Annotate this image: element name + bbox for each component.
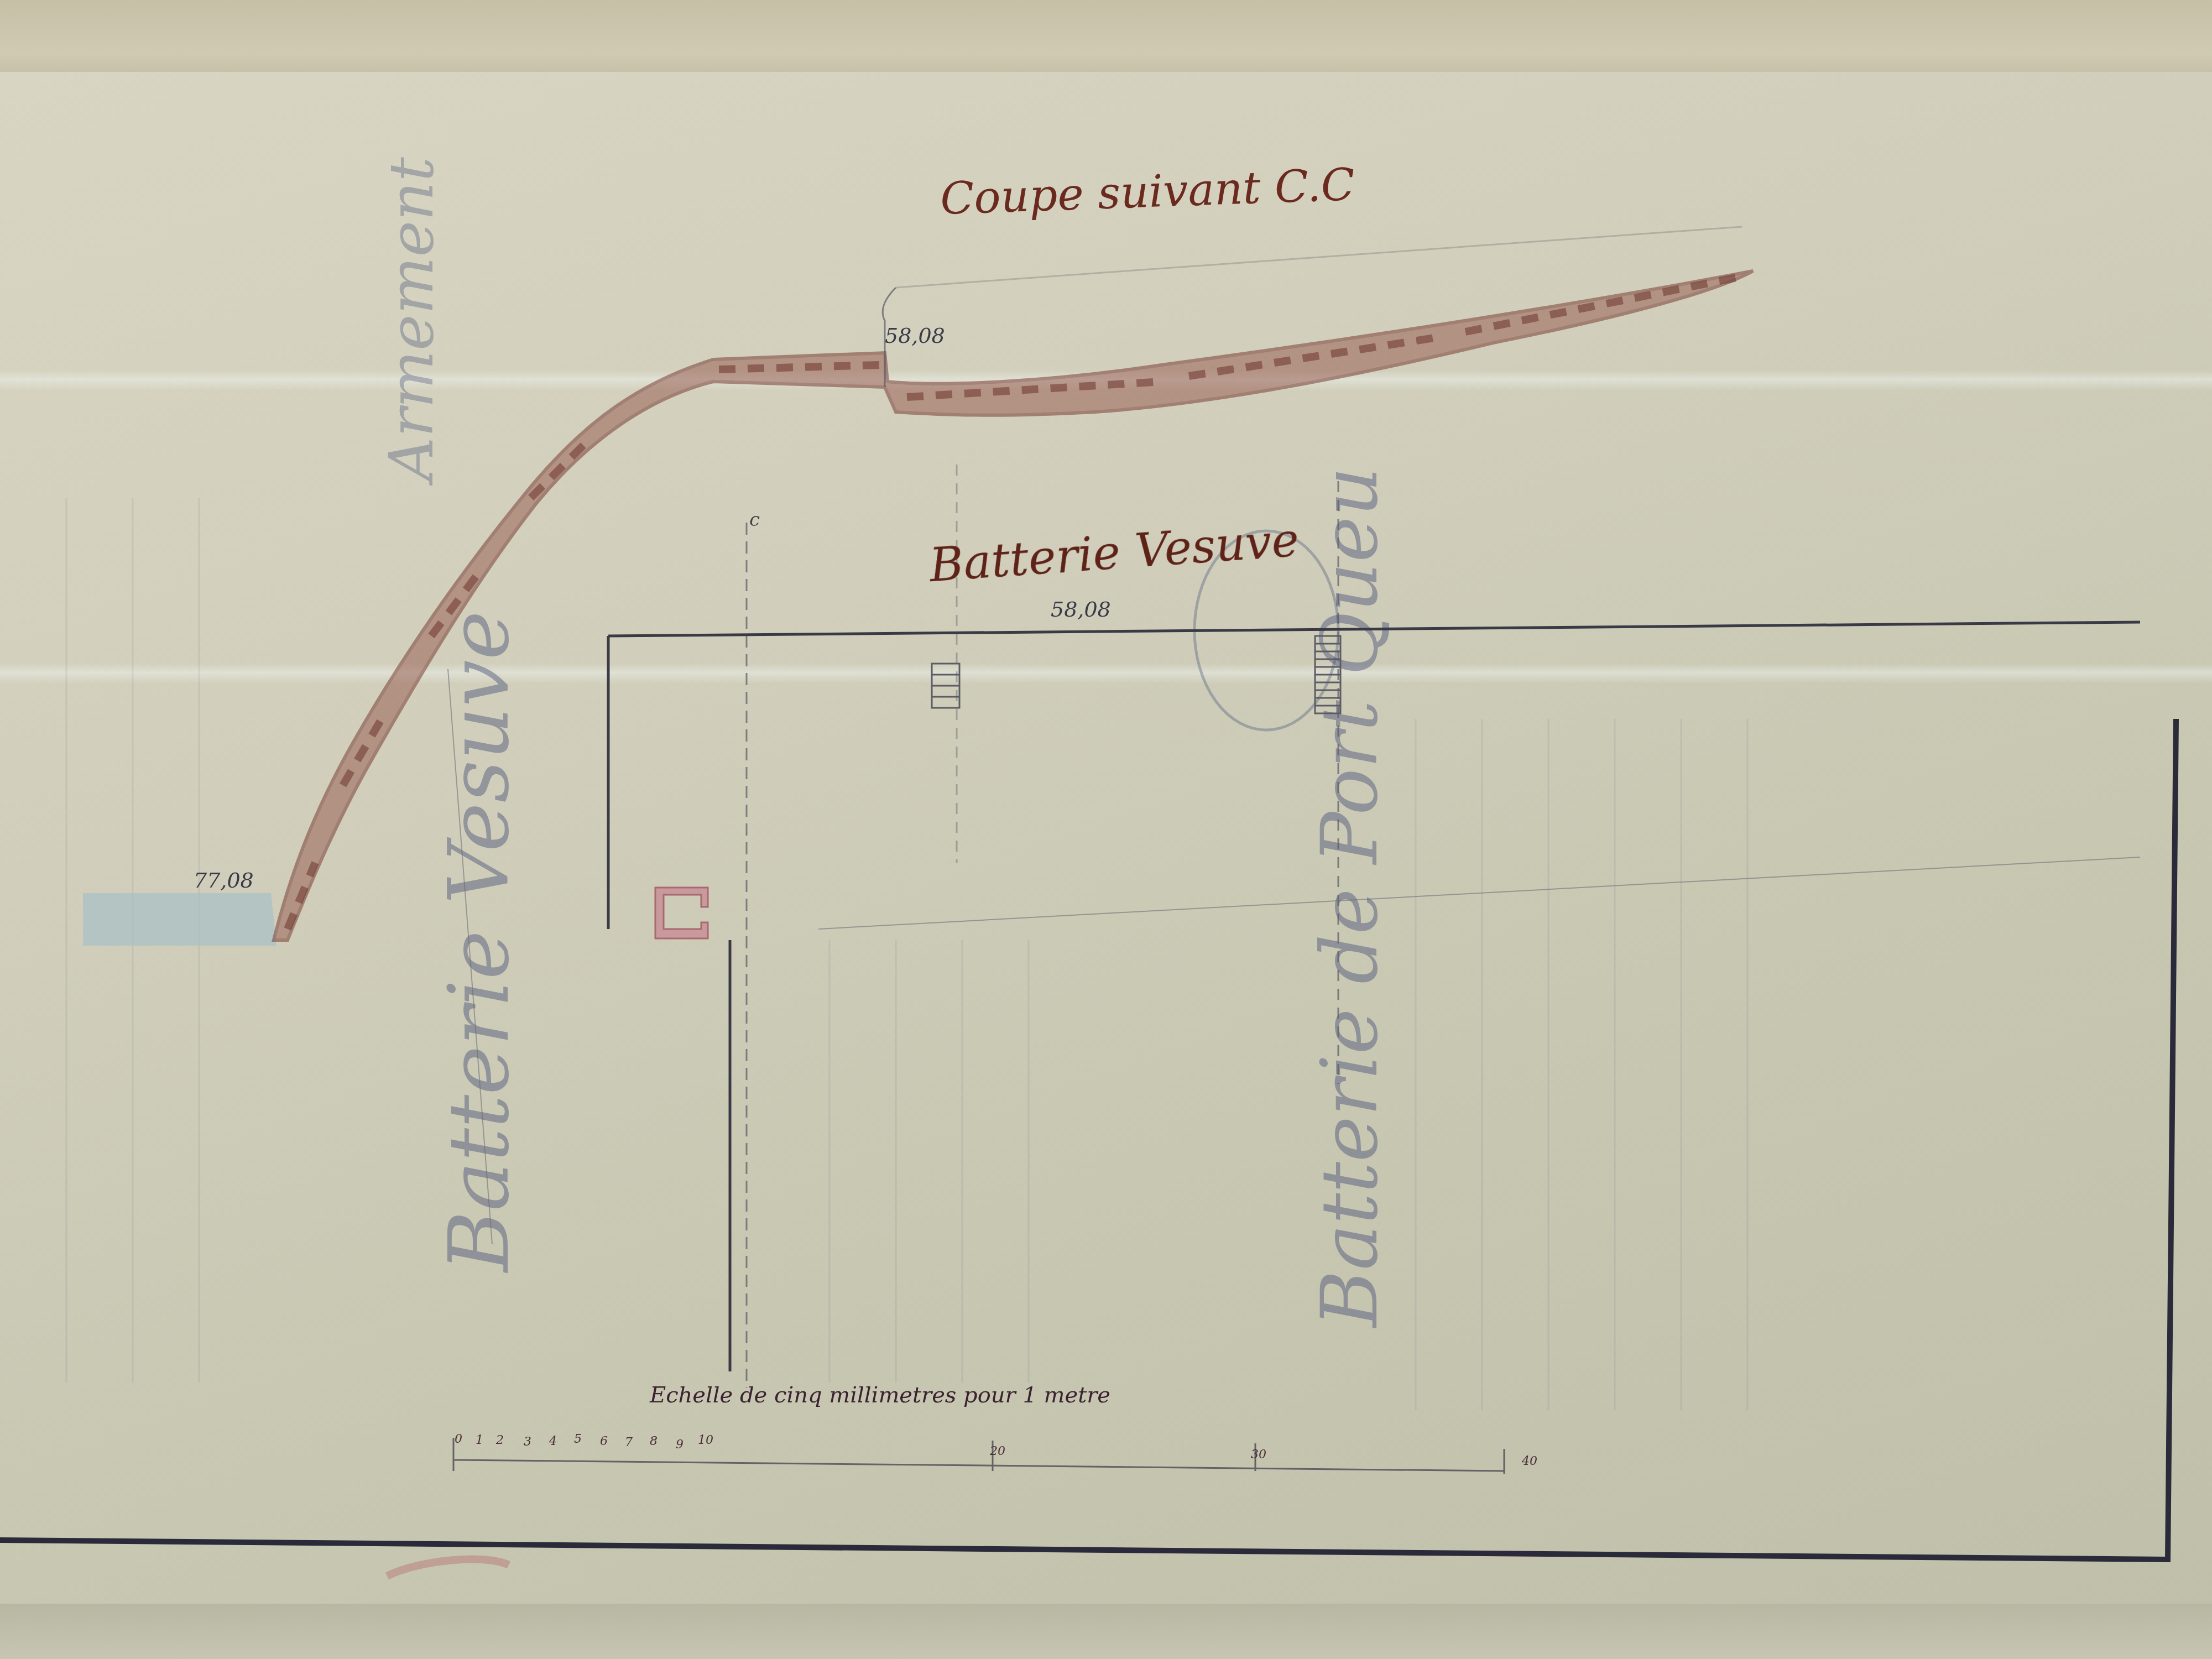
section-marker-c: c [749,509,760,531]
scale-tick: 9 [676,1438,684,1452]
scale-tick: 2 [496,1433,504,1447]
plan-elevation-label: 58,08 [1051,597,1111,622]
scale-tick: 30 [1251,1448,1266,1462]
scale-tick: 5 [574,1432,582,1446]
scale-tick: 6 [600,1434,608,1448]
drawing-canvas [0,0,2212,1659]
plan-faint-lines [448,669,2140,1244]
terrain-hatching [288,276,1742,929]
scale-bar [453,1438,1504,1474]
scale-tick: 10 [698,1433,713,1447]
scale-caption: Echelle de cinq millimetres pour 1 metre [650,1383,1110,1408]
red-stain [387,1559,509,1576]
scale-tick: 1 [476,1433,483,1447]
elevation-crest-label: 58,08 [885,324,945,348]
plan-linework [608,622,2140,1371]
scale-tick: 4 [549,1434,557,1448]
scale-tick: 3 [524,1435,531,1449]
elevation-water-label: 77,08 [194,868,254,893]
terrain-profile [274,271,1753,940]
scale-tick: 8 [650,1434,658,1448]
scale-tick: 40 [1522,1454,1537,1468]
scale-tick: 0 [455,1432,462,1446]
water-wash [83,893,276,946]
scale-tick: 20 [990,1444,1005,1458]
hatched-rect-left [932,664,959,708]
scale-tick: 7 [625,1436,633,1449]
pink-magazine-outline [655,888,708,938]
